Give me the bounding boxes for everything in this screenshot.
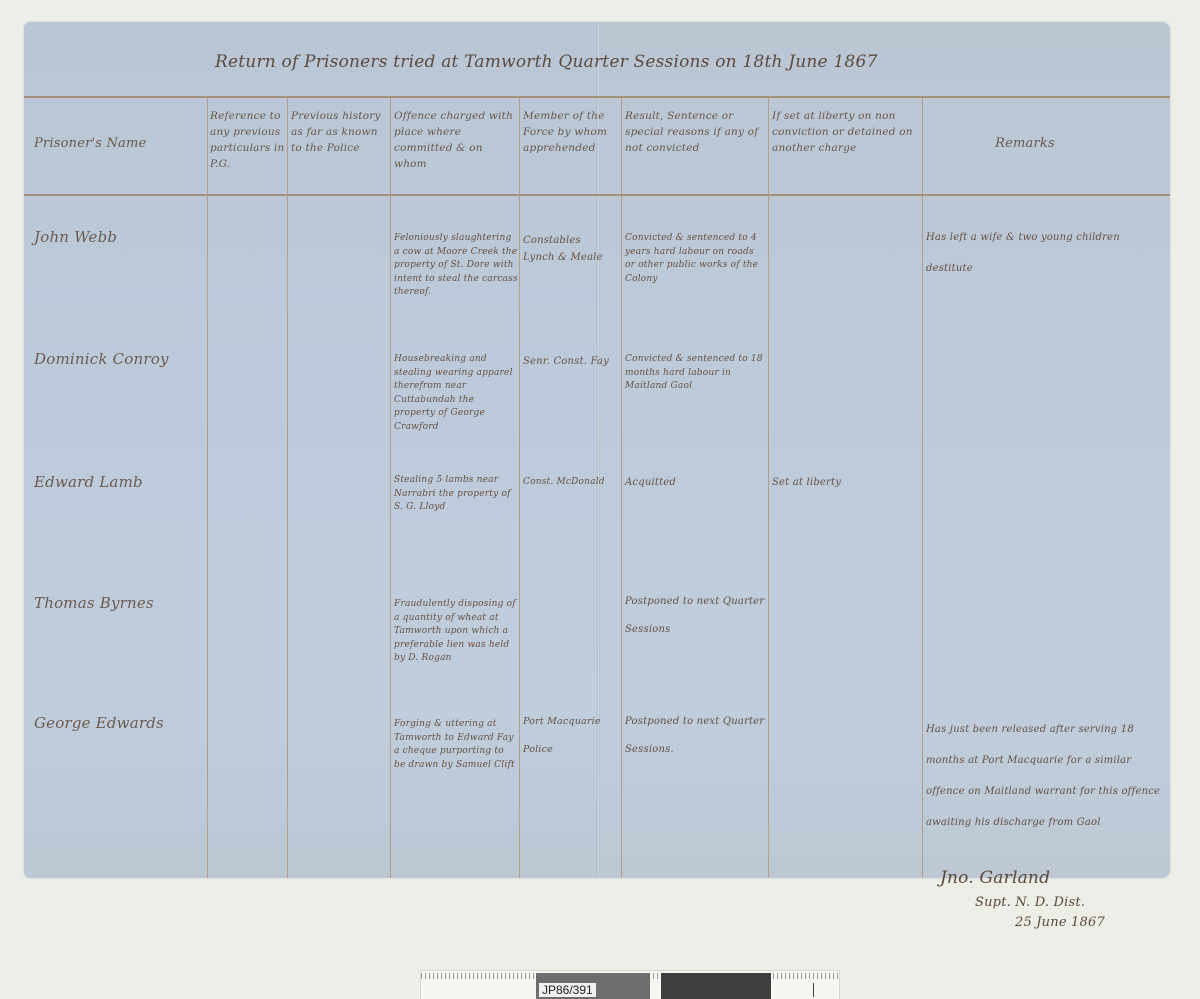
- header-liberty: If set at liberty on non conviction or d…: [772, 108, 920, 156]
- apprehended-by-cell: Constables Lynch & Meale: [523, 232, 613, 266]
- offence-cell: Feloniously slaughtering a cow at Moore …: [394, 232, 518, 300]
- header-offence: Offence charged with place where committ…: [394, 108, 516, 172]
- prisoner-name: Edward Lamb: [34, 473, 199, 491]
- offence-cell: Housebreaking and stealing wearing appar…: [394, 353, 518, 434]
- column-divider: [207, 96, 208, 878]
- prisoner-name: George Edwards: [34, 714, 199, 732]
- apprehended-by-cell: Port Macquarie Police: [523, 708, 621, 764]
- result-cell: Acquitted: [625, 474, 765, 491]
- ruler-mark: [813, 983, 814, 997]
- offence-cell: Stealing 5 lambs near Narrabri the prope…: [394, 474, 518, 515]
- column-divider: [519, 96, 520, 878]
- result-cell: Postponed to next Quarter Sessions.: [625, 708, 765, 764]
- header-top-rule: [24, 96, 1170, 98]
- apprehended-by-cell: Const. McDonald: [523, 474, 621, 491]
- result-cell: Postponed to next Quarter Sessions: [625, 588, 765, 644]
- column-divider: [287, 96, 288, 878]
- apprehended-by-cell: Senr. Const. Fay: [523, 353, 613, 370]
- result-cell: Convicted & sentenced to 4 years hard la…: [625, 232, 765, 286]
- archive-scale-ruler: JP86/391: [420, 970, 840, 999]
- column-divider: [390, 96, 391, 878]
- remarks-cell: Has left a wife & two young children des…: [926, 222, 1166, 284]
- result-cell: Convicted & sentenced to 18 months hard …: [625, 353, 765, 394]
- prisoner-name: Thomas Byrnes: [34, 594, 199, 612]
- header-remarks: Remarks: [965, 136, 1085, 152]
- offence-cell: Forging & uttering at Tamworth to Edward…: [394, 718, 518, 772]
- offence-cell: Fraudulently disposing of a quantity of …: [394, 598, 518, 666]
- document-title: Return of Prisoners tried at Tamworth Qu…: [215, 52, 877, 72]
- dark-swatch: [661, 973, 771, 999]
- column-divider: [621, 96, 622, 878]
- archive-reference-label: JP86/391: [539, 983, 596, 997]
- header-history: Previous history as far as known to the …: [291, 108, 387, 156]
- header-apprehended-by: Member of the Force by whom apprehended: [523, 108, 619, 156]
- prisoner-name: Dominick Conroy: [34, 350, 199, 368]
- signature-name: Jno. Garland: [940, 868, 1050, 888]
- column-divider: [922, 96, 923, 878]
- liberty-cell: Set at liberty: [772, 474, 920, 491]
- prisoner-name: John Webb: [34, 228, 199, 246]
- header-result: Result, Sentence or special reasons if a…: [625, 108, 765, 156]
- column-divider: [768, 96, 769, 878]
- header-bottom-rule: [24, 194, 1170, 196]
- header-prisoners-name: Prisoner's Name: [34, 136, 199, 152]
- signature-title: Supt. N. D. Dist.: [975, 895, 1085, 910]
- header-reference: Reference to any previous particulars in…: [210, 108, 286, 172]
- remarks-cell: Has just been released after serving 18 …: [926, 714, 1166, 838]
- signature-date: 25 June 1867: [1015, 915, 1105, 930]
